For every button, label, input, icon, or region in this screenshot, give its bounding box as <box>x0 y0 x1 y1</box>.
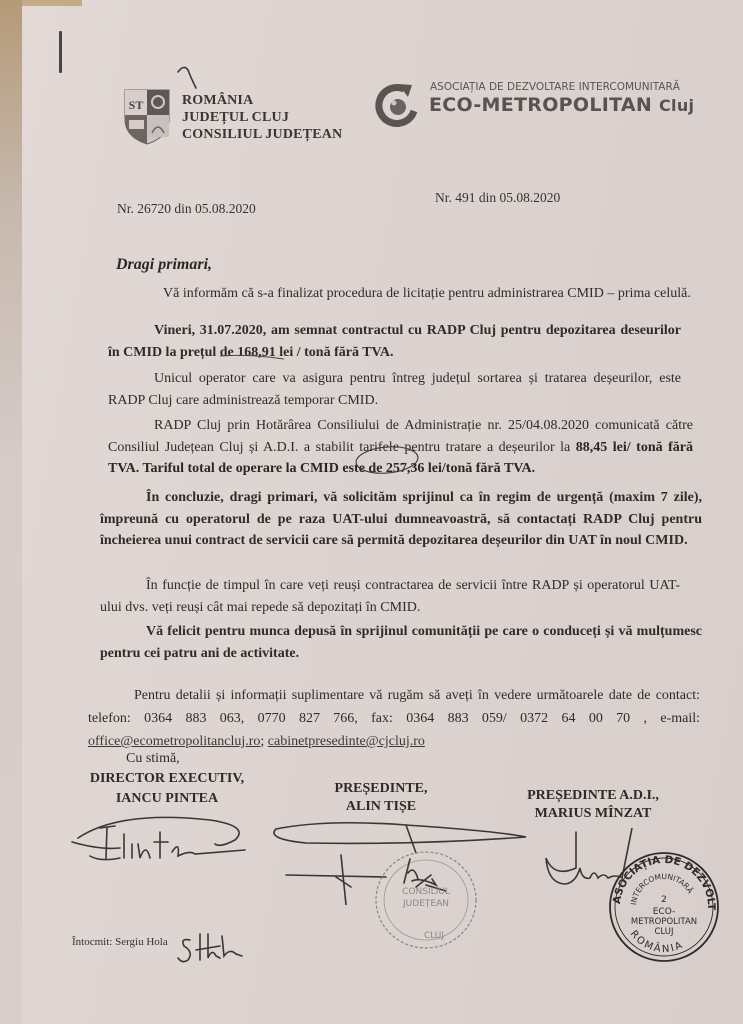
paragraph-sole-operator: Unicul operator care va asigura pentru î… <box>108 368 681 411</box>
svg-text:METROPOLITAN: METROPOLITAN <box>631 917 697 927</box>
header-council: CONSILIUL JUDEȚEAN <box>182 126 342 143</box>
email-link-office[interactable]: office@ecometropolitancluj.ro <box>88 734 260 749</box>
svg-text:JUDEȚEAN: JUDEȚEAN <box>402 899 449 909</box>
svg-text:CLUJ: CLUJ <box>655 927 674 937</box>
association-city: Cluj <box>659 96 694 115</box>
contact-text: Pentru detalii și informații suplimentar… <box>88 688 700 726</box>
svg-text:CLUJ: CLUJ <box>424 931 444 941</box>
paragraph-tender-completed: Vă informăm că s-a finalizat procedura d… <box>163 283 723 305</box>
signatory-name: ALIN TIȘE <box>316 799 446 815</box>
header-country: ROMÂNIA <box>182 92 342 109</box>
paragraph-timing: În funcție de timpul în care veți reuși … <box>100 575 680 618</box>
paragraph-contract-signed: Vineri, 31.07.2020, am semnat contractul… <box>108 320 681 363</box>
closing: Cu stimă, <box>126 748 180 770</box>
staple-mark <box>59 31 62 73</box>
signatory-president: PREȘEDINTE, ALIN TIȘE <box>316 781 446 815</box>
county-council-header: ROMÂNIA JUDEȚUL CLUJ CONSILIUL JUDEȚEAN <box>182 92 342 143</box>
paragraph-request-support: În concluzie, dragi primari, vă solicită… <box>100 487 702 552</box>
header-county: JUDEȚUL CLUJ <box>182 109 342 126</box>
signatory-title: PREȘEDINTE, <box>316 781 446 797</box>
reference-number-council: Nr. 26720 din 05.08.2020 <box>117 201 256 217</box>
signature-executive-director <box>60 810 260 880</box>
association-name: ECO-METROPOLITAN Cluj <box>429 94 694 116</box>
circled-value-mark <box>353 443 421 477</box>
email-link-president[interactable]: cabinetpresedinte@cjcluj.ro <box>268 734 425 749</box>
underline-mark <box>218 352 288 362</box>
association-subtitle: ASOCIAȚIA DE DEZVOLTARE INTERCOMUNITARĂ <box>430 81 680 93</box>
signature-prepared-by <box>176 930 246 970</box>
svg-text:ST: ST <box>129 98 144 112</box>
email-separator: ; <box>260 734 267 749</box>
background-surface-top <box>22 0 82 6</box>
initials-mark <box>396 855 446 895</box>
association-name-main: ECO-METROPOLITAN <box>429 94 652 116</box>
svg-text:ECO-: ECO- <box>653 907 676 917</box>
signatory-title: PREȘEDINTE A.D.I., <box>508 788 678 804</box>
eco-metropolitan-logo-icon <box>374 81 420 127</box>
svg-text:2: 2 <box>661 895 667 905</box>
signatory-name: IANCU PINTEA <box>82 791 252 807</box>
reference-number-association: Nr. 491 din 05.08.2020 <box>435 190 560 206</box>
paragraph-contact: Pentru detalii și informații suplimentar… <box>88 684 700 753</box>
pen-mark <box>176 64 200 94</box>
greeting: Dragi primari, <box>116 256 212 274</box>
signatory-executive-director: DIRECTOR EXECUTIV, IANCU PINTEA <box>82 771 252 807</box>
stamp-eco-metropolitan: ASOCIAȚIA DE DEZVOLTARE INTERCOMUNITARĂ … <box>606 850 722 964</box>
paragraph-thanks: Vă felicit pentru munca depusă în spriji… <box>100 621 702 664</box>
coat-of-arms-icon: ST <box>124 89 170 145</box>
signatory-title: DIRECTOR EXECUTIV, <box>82 771 252 787</box>
prepared-by: Întocmit: Sergiu Hola <box>72 936 168 948</box>
